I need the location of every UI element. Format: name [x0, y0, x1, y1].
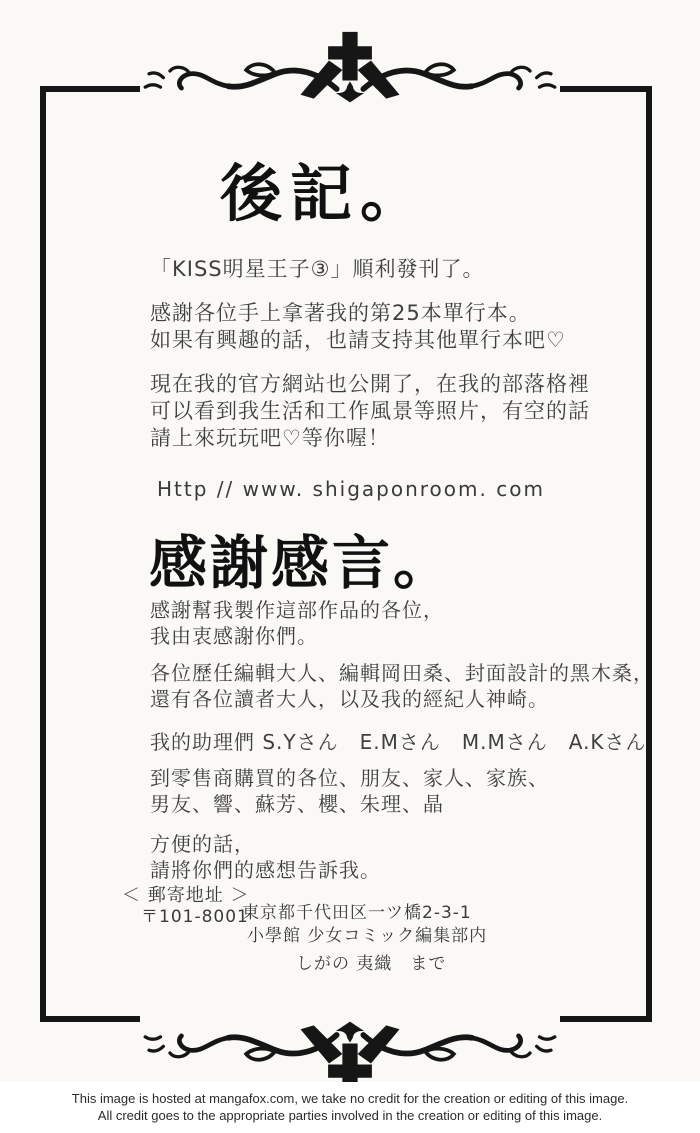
text-line: 現在我的官方網站也公開了，在我的部落格裡	[150, 371, 590, 398]
address-line-1: 東京都千代田区一ツ橋2-3-1	[242, 898, 472, 923]
text-line: 還有各位讀者大人，以及我的經紀人神崎。	[150, 686, 654, 712]
thanks-paragraph-1: 感謝幫我製作這部作品的各位， 我由衷感謝你們。	[150, 597, 444, 649]
text-line: 「KISS明星王子③」順利發刊了。	[150, 256, 484, 283]
recipient-name: しがの 夷織 まで	[296, 949, 446, 974]
thanks-paragraph-2: 各位歷任編輯大人、編輯岡田桑、封面設計的黑木桑， 還有各位讀者大人，以及我的經紀…	[150, 660, 654, 712]
text-line: 我由衷感謝你們。	[150, 623, 444, 649]
assistants-line: 我的助理們 S.Yさん E.Mさん M.Mさん A.Kさん	[150, 729, 647, 755]
thanks-title: 感謝感言。	[149, 516, 454, 600]
text-line: 各位歷任編輯大人、編輯岡田桑、封面設計的黑木桑，	[150, 660, 654, 686]
text-line: 感謝各位手上拿著我的第25本單行本。	[150, 300, 566, 327]
website-url: Http // www. shigaponroom. com	[157, 477, 545, 501]
text-line: 請上來玩玩吧♡等你喔！	[150, 425, 590, 452]
afterword-title: 後記。	[220, 144, 430, 233]
text-line: 請將你們的感想告訴我。	[150, 857, 381, 883]
afterword-paragraph-2: 感謝各位手上拿著我的第25本單行本。 如果有興趣的話，也請支持其他單行本吧♡	[150, 300, 566, 354]
top-ornament	[140, 30, 560, 106]
postal-code: 〒101-8001	[141, 902, 249, 927]
text-line: 感謝幫我製作這部作品的各位，	[150, 597, 444, 623]
cross-flourish-icon	[140, 30, 560, 110]
text-line: 方便的話，	[150, 831, 381, 857]
text-line: 到零售商購買的各位、朋友、家人、家族、	[150, 765, 549, 791]
thanks-paragraph-3: 到零售商購買的各位、朋友、家人、家族、 男友、響、蘇芳、櫻、朱理、晶	[150, 765, 549, 817]
address-line-2: 小學館 少女コミック編集部内	[247, 921, 487, 946]
afterword-paragraph-1: 「KISS明星王子③」順利發刊了。	[150, 256, 484, 283]
hosting-disclaimer: This image is hosted at mangafox.com, we…	[0, 1090, 700, 1124]
afterword-paragraph-3: 現在我的官方網站也公開了，在我的部落格裡 可以看到我生活和工作風景等照片，有空的…	[150, 371, 590, 452]
manga-afterword-page: 後記。 「KISS明星王子③」順利發刊了。 感謝各位手上拿著我的第25本單行本。…	[0, 0, 700, 1133]
text-line: 可以看到我生活和工作風景等照片，有空的話	[150, 398, 590, 425]
footer-line-1: This image is hosted at mangafox.com, we…	[0, 1090, 700, 1107]
text-line: 如果有興趣的話，也請支持其他單行本吧♡	[150, 327, 566, 354]
bottom-ornament	[140, 1014, 560, 1074]
thanks-paragraph-4: 方便的話， 請將你們的感想告訴我。	[150, 831, 381, 883]
text-line: 男友、響、蘇芳、櫻、朱理、晶	[150, 791, 549, 817]
footer-line-2: All credit goes to the appropriate parti…	[0, 1107, 700, 1124]
